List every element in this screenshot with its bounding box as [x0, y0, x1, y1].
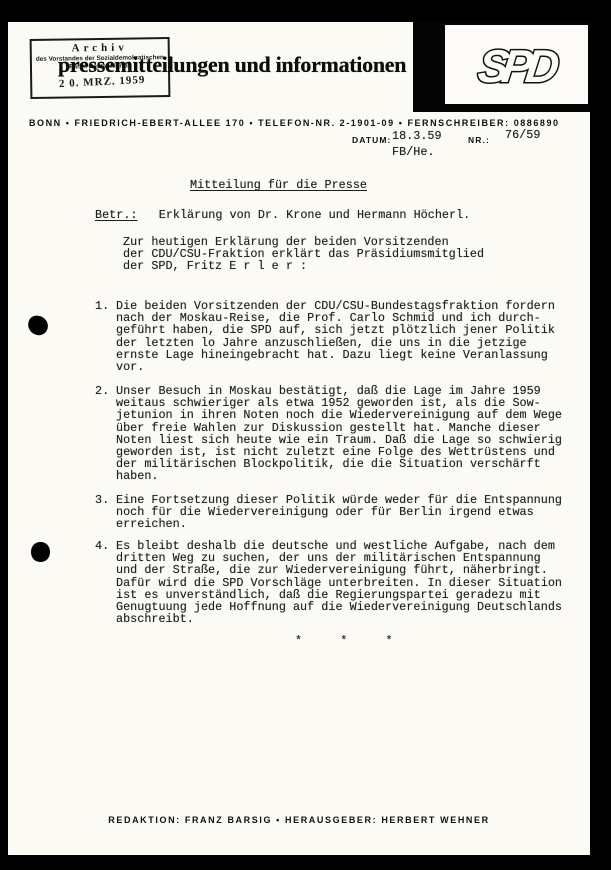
scanned-document: SPD Archiv des Vorstandes der Sozialdemo… — [0, 0, 611, 870]
item-number: 3. — [95, 494, 109, 506]
nr-label: NR.: — [468, 135, 490, 145]
item-text: Es bleibt deshalb die deutsche und westl… — [116, 540, 562, 625]
spd-logo-text: SPD — [475, 40, 562, 92]
masthead-title: pressemitteilungen und informationen — [58, 52, 406, 78]
datum-label: DATUM: — [352, 135, 392, 145]
betr-text: Erklärung von Dr. Krone und Hermann Höch… — [159, 208, 471, 222]
item-number: 4. — [95, 540, 109, 552]
scan-edge-right — [590, 0, 611, 870]
footer-imprint: REDAKTION: FRANZ BARSIG • HERAUSGEBER: H… — [8, 815, 590, 825]
spd-logo-box: SPD — [445, 25, 588, 104]
spd-logo-icon: SPD — [457, 30, 577, 100]
list-item-3: 3. Eine Fortsetzung dieser Politik würde… — [95, 494, 562, 531]
separator-stars: * * * — [295, 635, 401, 647]
punch-hole-bottom — [31, 542, 50, 562]
list-item-4: 4. Es bleibt deshalb die deutsche und we… — [95, 540, 562, 625]
item-text: Die beiden Vorsitzenden der CDU/CSU-Bund… — [116, 300, 555, 373]
intro-paragraph: Zur heutigen Erklärung der beiden Vorsit… — [123, 236, 484, 273]
betr-label: Betr.: — [95, 208, 137, 222]
address-line: BONN • FRIEDRICH-EBERT-ALLEE 170 • TELEF… — [29, 118, 560, 128]
scan-edge-bottom — [0, 855, 611, 870]
betr-spacer — [137, 208, 158, 222]
nr-value: 76/59 — [505, 129, 540, 141]
document-page: SPD Archiv des Vorstandes der Sozialdemo… — [8, 22, 590, 855]
item-text: Eine Fortsetzung dieser Politik würde we… — [116, 494, 562, 531]
item-text: Unser Besuch in Moskau bestätigt, daß di… — [116, 385, 562, 483]
item-number: 1. — [95, 300, 109, 312]
list-item-1: 1. Die beiden Vorsitzenden der CDU/CSU-B… — [95, 300, 555, 373]
list-item-2: 2. Unser Besuch in Moskau bestätigt, daß… — [95, 385, 562, 483]
item-number: 2. — [95, 385, 109, 397]
betr-row: Betr.: Erklärung von Dr. Krone und Herma… — [95, 205, 470, 223]
press-heading: Mitteilung für die Presse — [190, 179, 367, 191]
ref-code: FB/He. — [392, 146, 434, 158]
datum-value: 18.3.59 — [392, 130, 442, 142]
